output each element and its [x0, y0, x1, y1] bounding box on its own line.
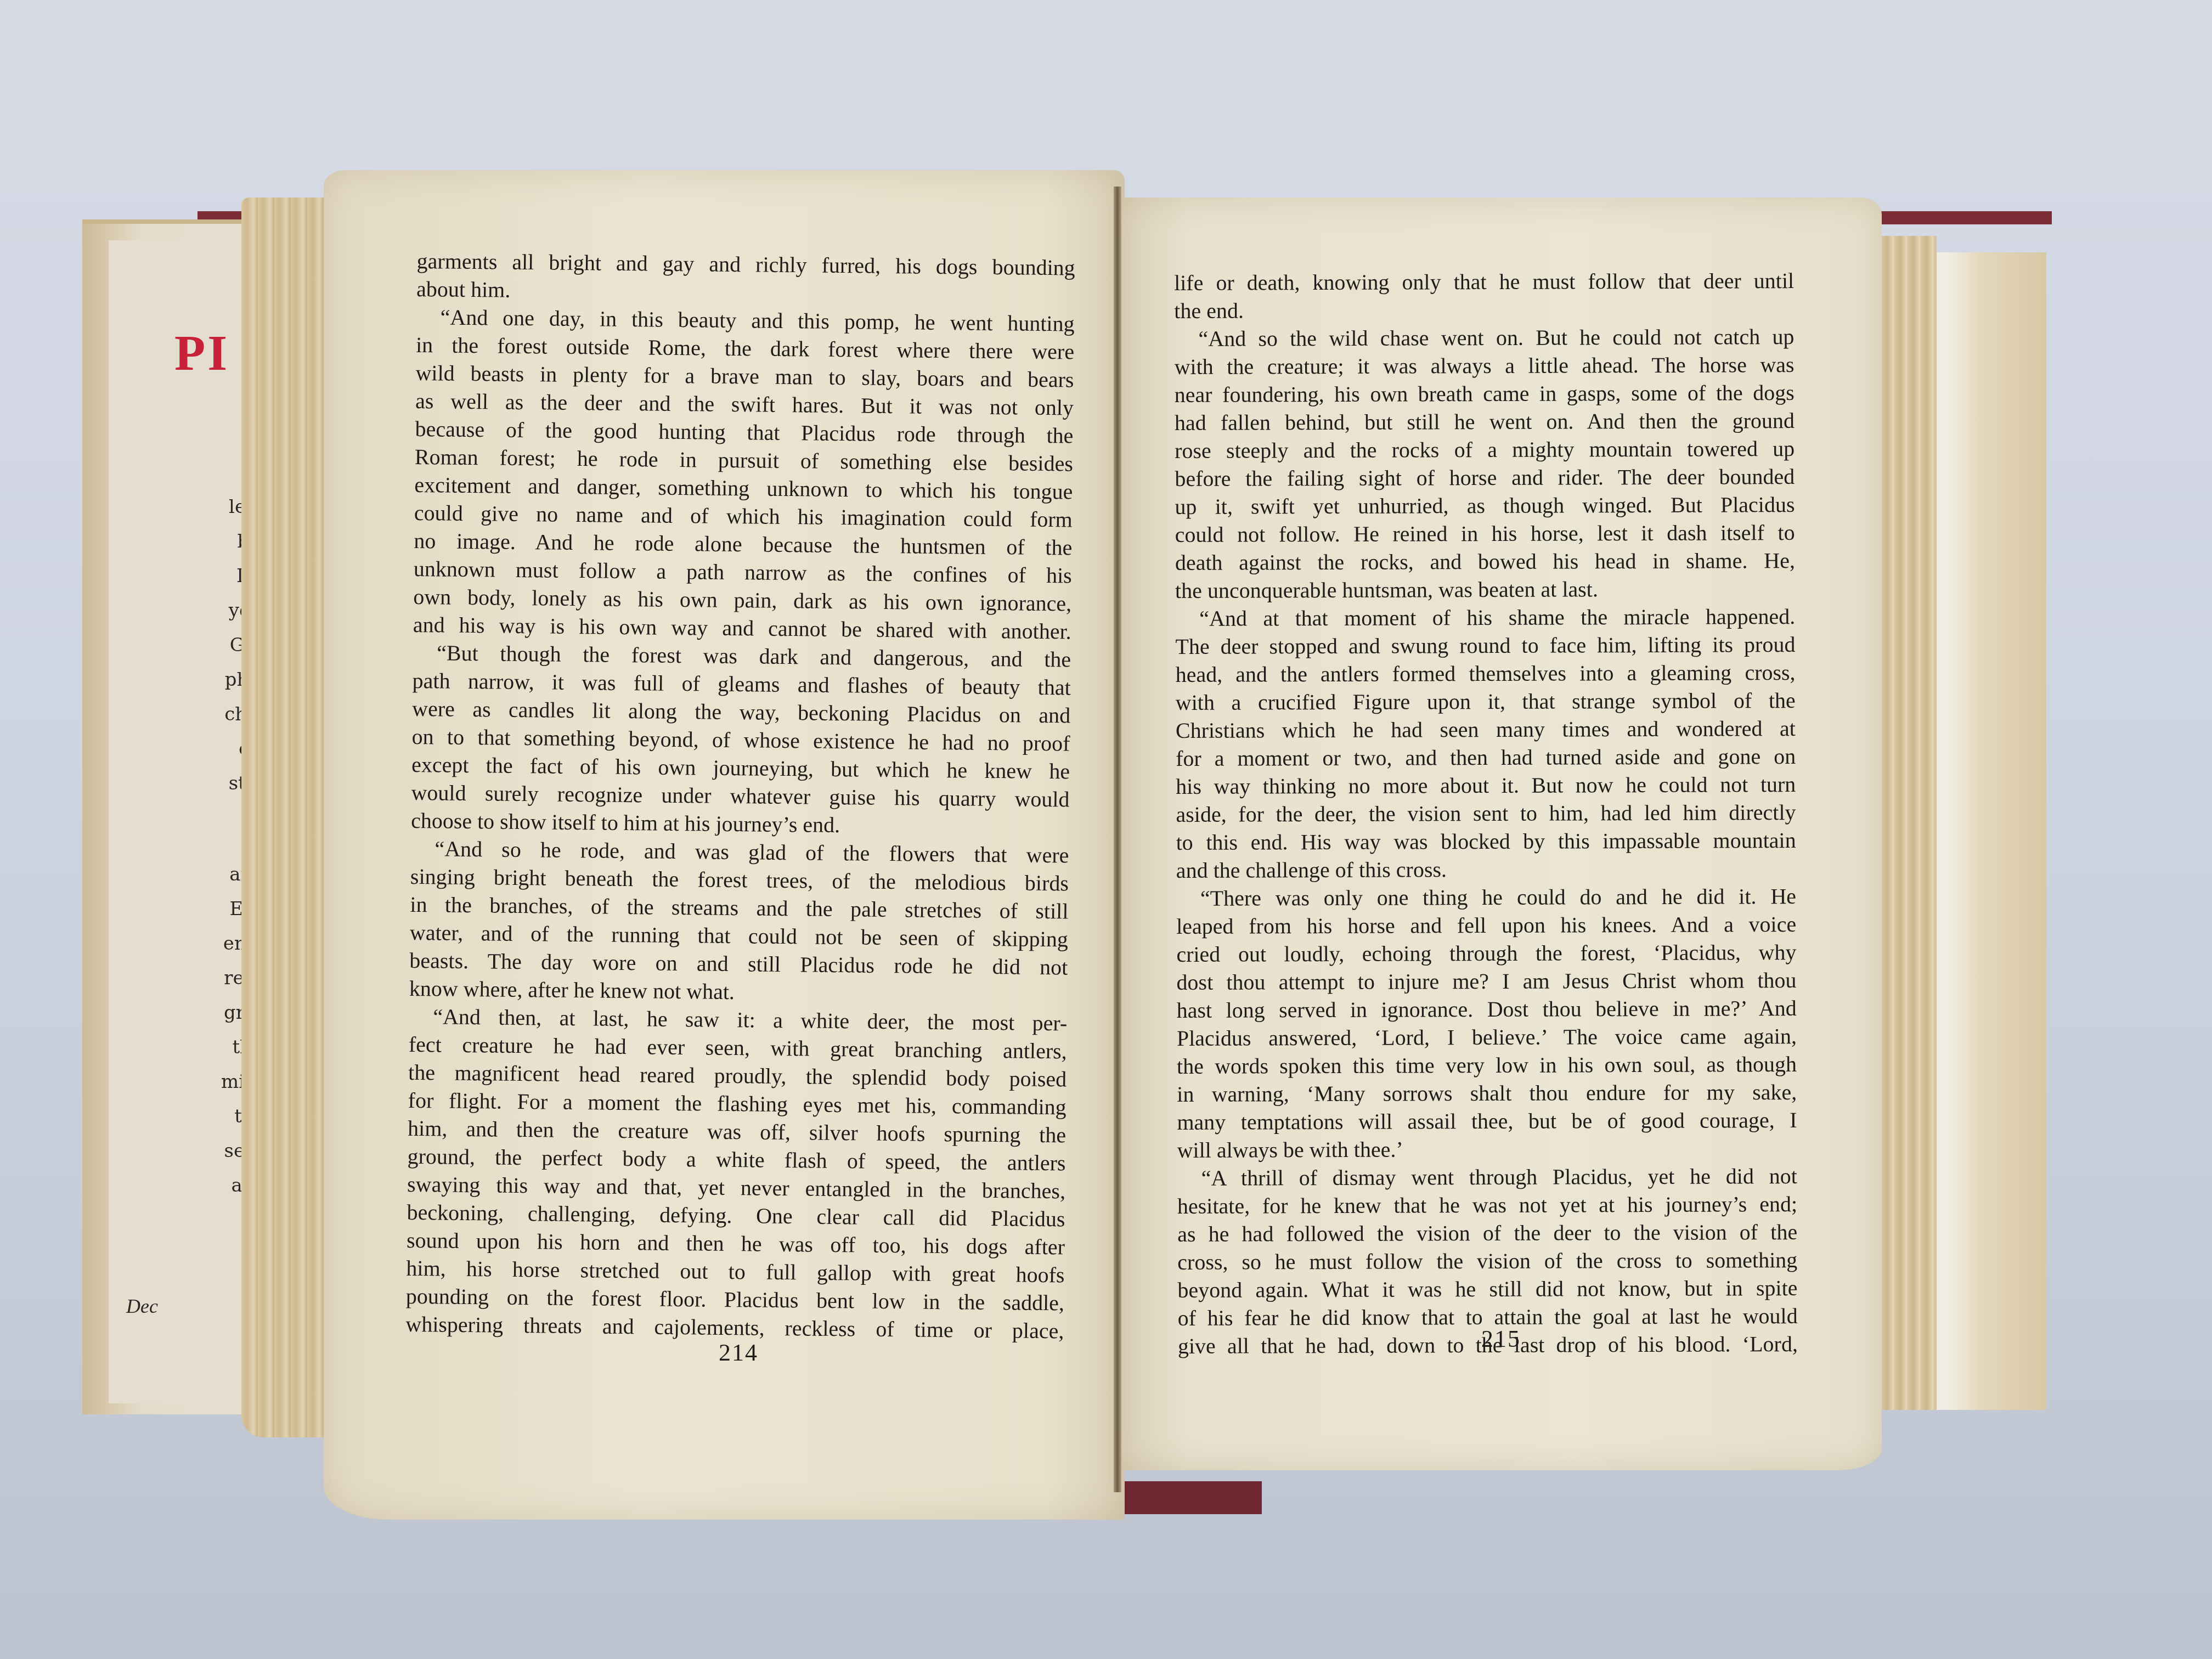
- text-line: up it, swift yet unhurried, as though wi…: [1175, 490, 1795, 521]
- text-line: his way thinking no more about it. But n…: [1176, 770, 1796, 800]
- text-line: to this end. His way was blocked by this…: [1176, 826, 1796, 856]
- text-line: “And so the wild chase went on. But he c…: [1174, 323, 1794, 353]
- text-line: as he had followed the vision of the dee…: [1177, 1218, 1797, 1248]
- text-line: the unconquerable huntsman, was beaten a…: [1175, 574, 1795, 605]
- page-number-right: 215: [1481, 1325, 1521, 1353]
- text-line: with a crucified Figure upon it, that st…: [1176, 686, 1796, 716]
- text-line: had fallen behind, but still he went on.…: [1175, 407, 1795, 437]
- text-line: dost thou attempt to injure me? I am Jes…: [1176, 966, 1796, 996]
- text-line: leaped from his horse and fell upon his …: [1176, 910, 1796, 940]
- text-line: The deer stopped and swung round to face…: [1175, 630, 1795, 661]
- text-line: beyond again. What it was he still did n…: [1177, 1274, 1797, 1304]
- text-line: the words spoken this time very low in h…: [1177, 1050, 1797, 1080]
- book-gutter: [1114, 187, 1121, 1492]
- text-line: hesitate, for he knew that he was not ye…: [1177, 1190, 1797, 1220]
- text-line: and the challenge of this cross.: [1176, 854, 1796, 884]
- right-page-text: life or death, knowing only that he must…: [1174, 267, 1798, 1360]
- text-line: Christians which he had seen many times …: [1176, 714, 1796, 744]
- text-line: many temptations will assail thee, but b…: [1177, 1106, 1797, 1136]
- left-page-text: garments all bright and gay and richly f…: [405, 247, 1075, 1345]
- text-line: could not follow. He reined in his horse…: [1175, 518, 1795, 549]
- text-line: near foundering, his own breath came in …: [1175, 379, 1795, 409]
- text-line: the end.: [1174, 295, 1794, 325]
- text-line: aside, for the deer, the vision sent to …: [1176, 798, 1796, 828]
- text-line: rose steeply and the rocks of a mighty m…: [1175, 435, 1795, 465]
- text-line: with the creature; it was always a littl…: [1175, 351, 1795, 381]
- text-line: “And at that moment of his shame the mir…: [1175, 602, 1795, 633]
- text-line: in warning, ‘Many sorrows shalt thou end…: [1177, 1078, 1797, 1108]
- text-line: head, and the antlers formed themselves …: [1175, 658, 1795, 689]
- text-line: for a moment or two, and then had turned…: [1176, 742, 1796, 772]
- text-line: will always be with thee.’: [1177, 1134, 1797, 1164]
- jacket-title-fragment: PI: [174, 324, 229, 382]
- text-line: before the failing sight of horse and ri…: [1175, 462, 1795, 493]
- text-line: death against the rocks, and bowed his h…: [1175, 546, 1795, 577]
- text-line: life or death, knowing only that he must…: [1174, 267, 1794, 297]
- text-line: Placidus answered, ‘Lord, I believe.’ Th…: [1177, 1022, 1797, 1052]
- text-line: cross, so he must follow the vision of t…: [1177, 1246, 1797, 1276]
- text-line: “A thrill of dismay went through Placidu…: [1177, 1162, 1797, 1192]
- photo-scene: PI He less r beth Dolp years Goud phere …: [0, 0, 2212, 1659]
- text-line: cried out loudly, echoing through the fo…: [1176, 938, 1796, 968]
- text-line: hast long served in ignorance. Dost thou…: [1177, 994, 1797, 1024]
- text-line: “There was only one thing he could do an…: [1176, 882, 1796, 912]
- flap-signature-fragment: Dec: [126, 1295, 158, 1318]
- page-number-left: 214: [719, 1339, 758, 1367]
